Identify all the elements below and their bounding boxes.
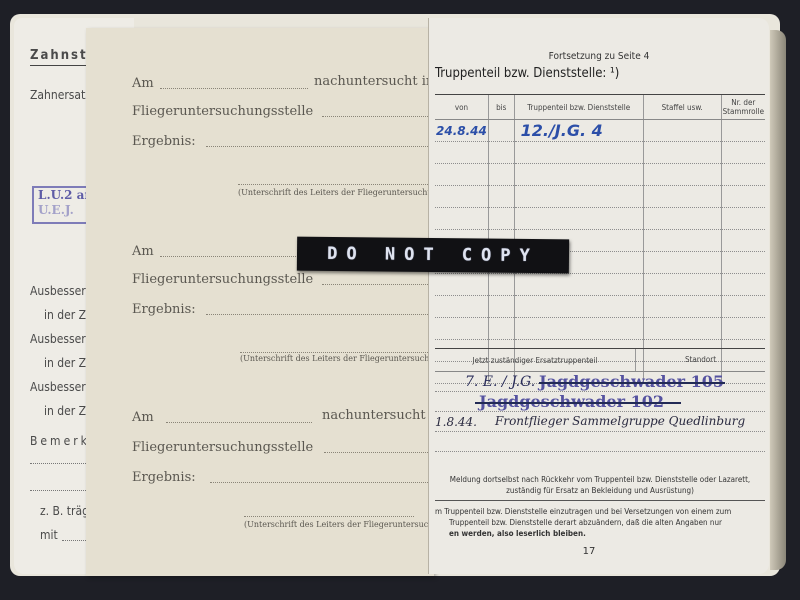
replacement-row: 1.8.44. Frontflieger Sammelgruppe Quedli…	[435, 412, 765, 432]
label-text: DO NOT COPY	[327, 244, 539, 266]
date-field-line	[166, 422, 312, 423]
table-header-row: von bis Truppenteil bzw. Dienststelle St…	[435, 95, 765, 120]
exam-station-label: Fliegeruntersuchungsstelle	[132, 272, 313, 287]
signature-caption: (Unterschrift des Leiters der Fliegerunt…	[240, 354, 456, 363]
station-field-line	[324, 452, 432, 453]
entry-date: 1.8.44.	[435, 415, 477, 429]
table-row	[435, 274, 765, 296]
service-record-page: Fortsetzung zu Seite 4 Truppenteil bzw. …	[428, 18, 769, 574]
col-unit: Truppenteil bzw. Dienststelle	[514, 95, 643, 120]
col-location: Standort	[635, 349, 765, 371]
date-field-line	[160, 256, 300, 257]
result-label: Ergebnis:	[132, 302, 196, 317]
result-label: Ergebnis:	[132, 470, 196, 485]
cell-from: 24.8.44	[435, 120, 488, 142]
exam-station-label: Fliegeruntersuchungsstelle	[132, 104, 313, 119]
result-label: Ergebnis:	[132, 134, 196, 149]
am-label: Am	[132, 410, 154, 425]
report-note: Meldung dortselbst nach Rückkehr vom Tru…	[435, 474, 765, 496]
table-row	[435, 164, 765, 186]
cell-unit: 12./J.G. 4	[514, 120, 643, 142]
col-from: von	[435, 95, 488, 120]
table-row	[435, 318, 765, 340]
handwritten-unit: 7. E. / J.G.	[465, 374, 535, 390]
result-field-line	[206, 146, 432, 147]
divider	[435, 500, 765, 501]
entry-unit: Frontflieger Sammelgruppe Quedlinburg	[495, 414, 745, 428]
replacement-row: 7. E. / J.G. Jagdgeschwader 105	[435, 372, 765, 392]
footnote-line: en werden, also leserlich bleiben.	[435, 528, 779, 539]
cell-squadron	[643, 120, 721, 142]
re-examined-label: nachuntersucht in	[322, 408, 442, 423]
am-label: Am	[132, 76, 154, 91]
date-field-line	[160, 88, 308, 89]
signature-line	[240, 352, 432, 353]
re-examined-label: nachuntersucht in d	[314, 74, 447, 89]
col-roll-number: Nr. der Stammrolle	[721, 95, 765, 120]
col-squadron: Staffel usw.	[643, 95, 721, 120]
table-row: 24.8.44 12./J.G. 4	[435, 120, 765, 142]
footnote-line: Truppenteil bzw. Dienststelle derart abz…	[435, 517, 779, 528]
exam-station-label: Fliegeruntersuchungsstelle	[132, 440, 313, 455]
table-row	[435, 296, 765, 318]
signature-line	[238, 184, 432, 185]
station-field-line	[322, 116, 432, 117]
strikethrough	[539, 382, 725, 384]
replacement-row	[435, 432, 765, 452]
col-replacement-unit: Jetzt zuständiger Ersatztruppenteil	[435, 356, 635, 365]
flight-exam-page: Am nachuntersucht in d Fliegeruntersuchu…	[86, 28, 434, 576]
signature-caption: (Unterschrift des Leiters der Fliegerunt…	[244, 520, 436, 529]
booklet-edge	[770, 30, 786, 570]
with-label: mit	[40, 528, 58, 542]
table-row	[435, 186, 765, 208]
footnote-line: m Truppenteil bzw. Dienststelle einzutra…	[435, 506, 765, 517]
signature-line	[244, 516, 414, 517]
col-to: bis	[488, 95, 514, 120]
signature-caption: (Unterschrift des Leiters der Fliegerunt…	[238, 188, 454, 197]
continuation-heading: Fortsetzung zu Seite 4	[429, 51, 769, 62]
section-title: Truppenteil bzw. Dienststelle: ¹)	[435, 66, 619, 81]
replacement-header: Jetzt zuständiger Ersatztruppenteil Stan…	[435, 349, 765, 372]
replacement-row: Jagdgeschwader 102	[435, 392, 765, 412]
cell-to	[488, 120, 514, 142]
page-number: 17	[429, 546, 749, 557]
table-row	[435, 142, 765, 164]
replacement-unit-section: Jetzt zuständiger Ersatztruppenteil Stan…	[435, 348, 765, 452]
do-not-copy-label: DO NOT COPY	[297, 237, 569, 274]
table-row	[435, 208, 765, 230]
station-field-line	[322, 284, 432, 285]
am-label: Am	[132, 244, 154, 259]
result-field-line	[206, 314, 432, 315]
result-field-line	[210, 482, 432, 483]
cell-roll-number	[721, 120, 765, 142]
strikethrough	[475, 402, 681, 404]
